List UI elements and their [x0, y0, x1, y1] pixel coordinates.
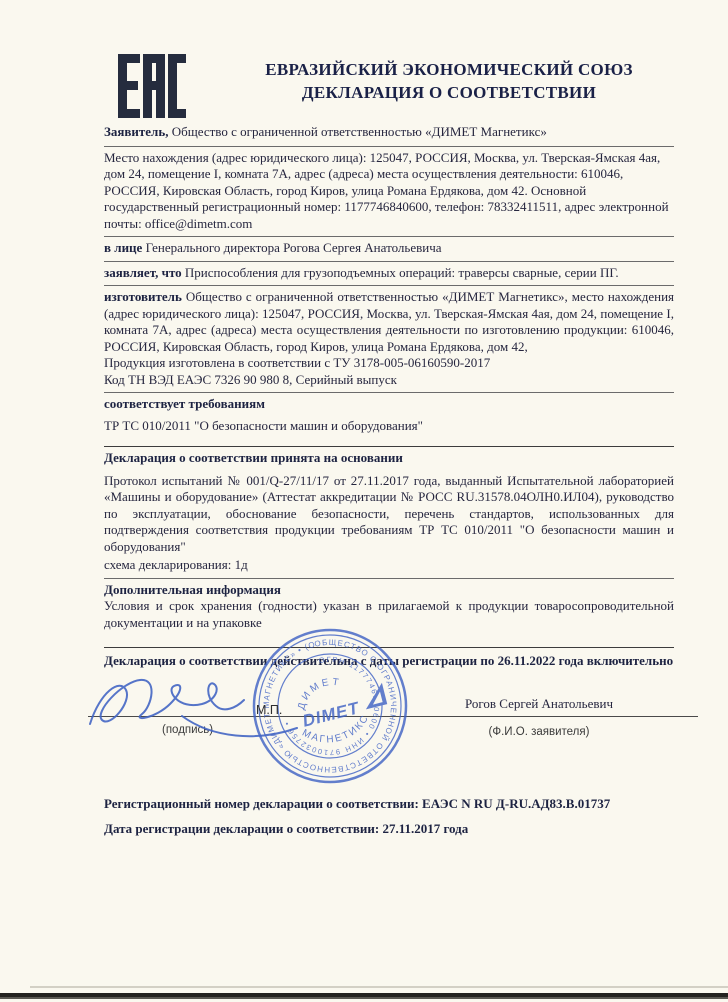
manufacturer-value: Общество с ограниченной ответственностью… [104, 289, 674, 354]
manufacturer-made-line: Продукция изготовлена в соответствии с Т… [104, 355, 674, 372]
signature-block: М.П. ОБЩЕСТВО С [104, 672, 674, 788]
eac-mark-icon [118, 54, 186, 123]
complies-label: соответствует требованиям [104, 396, 674, 413]
manufacturer-code-line: Код ТН ВЭД ЕАЭС 7326 90 980 8, Серийный … [104, 372, 674, 389]
section-represented-by: в лице Генерального директора Рогова Сер… [104, 236, 674, 261]
declares-value: Приспособления для грузоподъемных операц… [185, 265, 619, 280]
title-union: ЕВРАЗИЙСКИЙ ЭКОНОМИЧЕСКИЙ СОЮЗ [205, 58, 693, 81]
represented-by-value: Генерального директора Рогова Сергея Ана… [146, 240, 442, 255]
complies-value: ТР ТС 010/2011 "О безопасности машин и о… [104, 418, 674, 435]
section-location: Место нахождения (адрес юридического лиц… [104, 146, 674, 237]
full-name-caption: (Ф.И.О. заявителя) [434, 724, 644, 741]
title-declaration: ДЕКЛАРАЦИЯ О СООТВЕТСТВИИ [205, 81, 693, 104]
registration-number-line: Регистрационный номер декларации о соотв… [104, 796, 674, 813]
scan-smudge [30, 986, 728, 988]
manufacturer-text: изготовитель Общество с ограниченной отв… [104, 289, 674, 355]
applicant-line: Заявитель, Общество с ограниченной ответ… [104, 124, 674, 146]
declares-label: заявляет, что [104, 265, 182, 280]
basis-scheme-line: схема декларирования: 1д [104, 557, 674, 574]
handwritten-signature [82, 658, 332, 758]
applicant-value: Общество с ограниченной ответственностью… [172, 124, 547, 139]
manufacturer-label: изготовитель [104, 289, 182, 304]
section-declares: заявляет, что Приспособления для грузопо… [104, 261, 674, 286]
declaration-document: ЕВРАЗИЙСКИЙ ЭКОНОМИЧЕСКИЙ СОЮЗ ДЕКЛАРАЦИ… [0, 0, 728, 1002]
basis-label: Декларация о соответствии принята на осн… [104, 450, 674, 467]
section-manufacturer: изготовитель Общество с ограниченной отв… [104, 285, 674, 392]
applicant-full-name: Рогов Сергей Анатольевич [419, 696, 659, 713]
document-body: Заявитель, Общество с ограниченной ответ… [104, 124, 674, 838]
basis-text: Протокол испытаний № 001/Q-27/11/17 от 2… [104, 473, 674, 556]
scan-bottom-edge-shadow [0, 997, 728, 999]
section-basis: Декларация о соответствии принята на осн… [104, 446, 674, 578]
additional-info-label: Дополнительная информация [104, 582, 674, 599]
section-complies: соответствует требованиям ТР ТС 010/2011… [104, 392, 674, 446]
applicant-label: Заявитель, [104, 124, 168, 139]
represented-by-label: в лице [104, 240, 142, 255]
registration-date-line: Дата регистрации декларации о соответств… [104, 821, 674, 838]
location-text: Место нахождения (адрес юридического лиц… [104, 150, 674, 233]
document-title: ЕВРАЗИЙСКИЙ ЭКОНОМИЧЕСКИЙ СОЮЗ ДЕКЛАРАЦИ… [205, 58, 693, 104]
stamp-place-label: М.П. [256, 702, 282, 719]
